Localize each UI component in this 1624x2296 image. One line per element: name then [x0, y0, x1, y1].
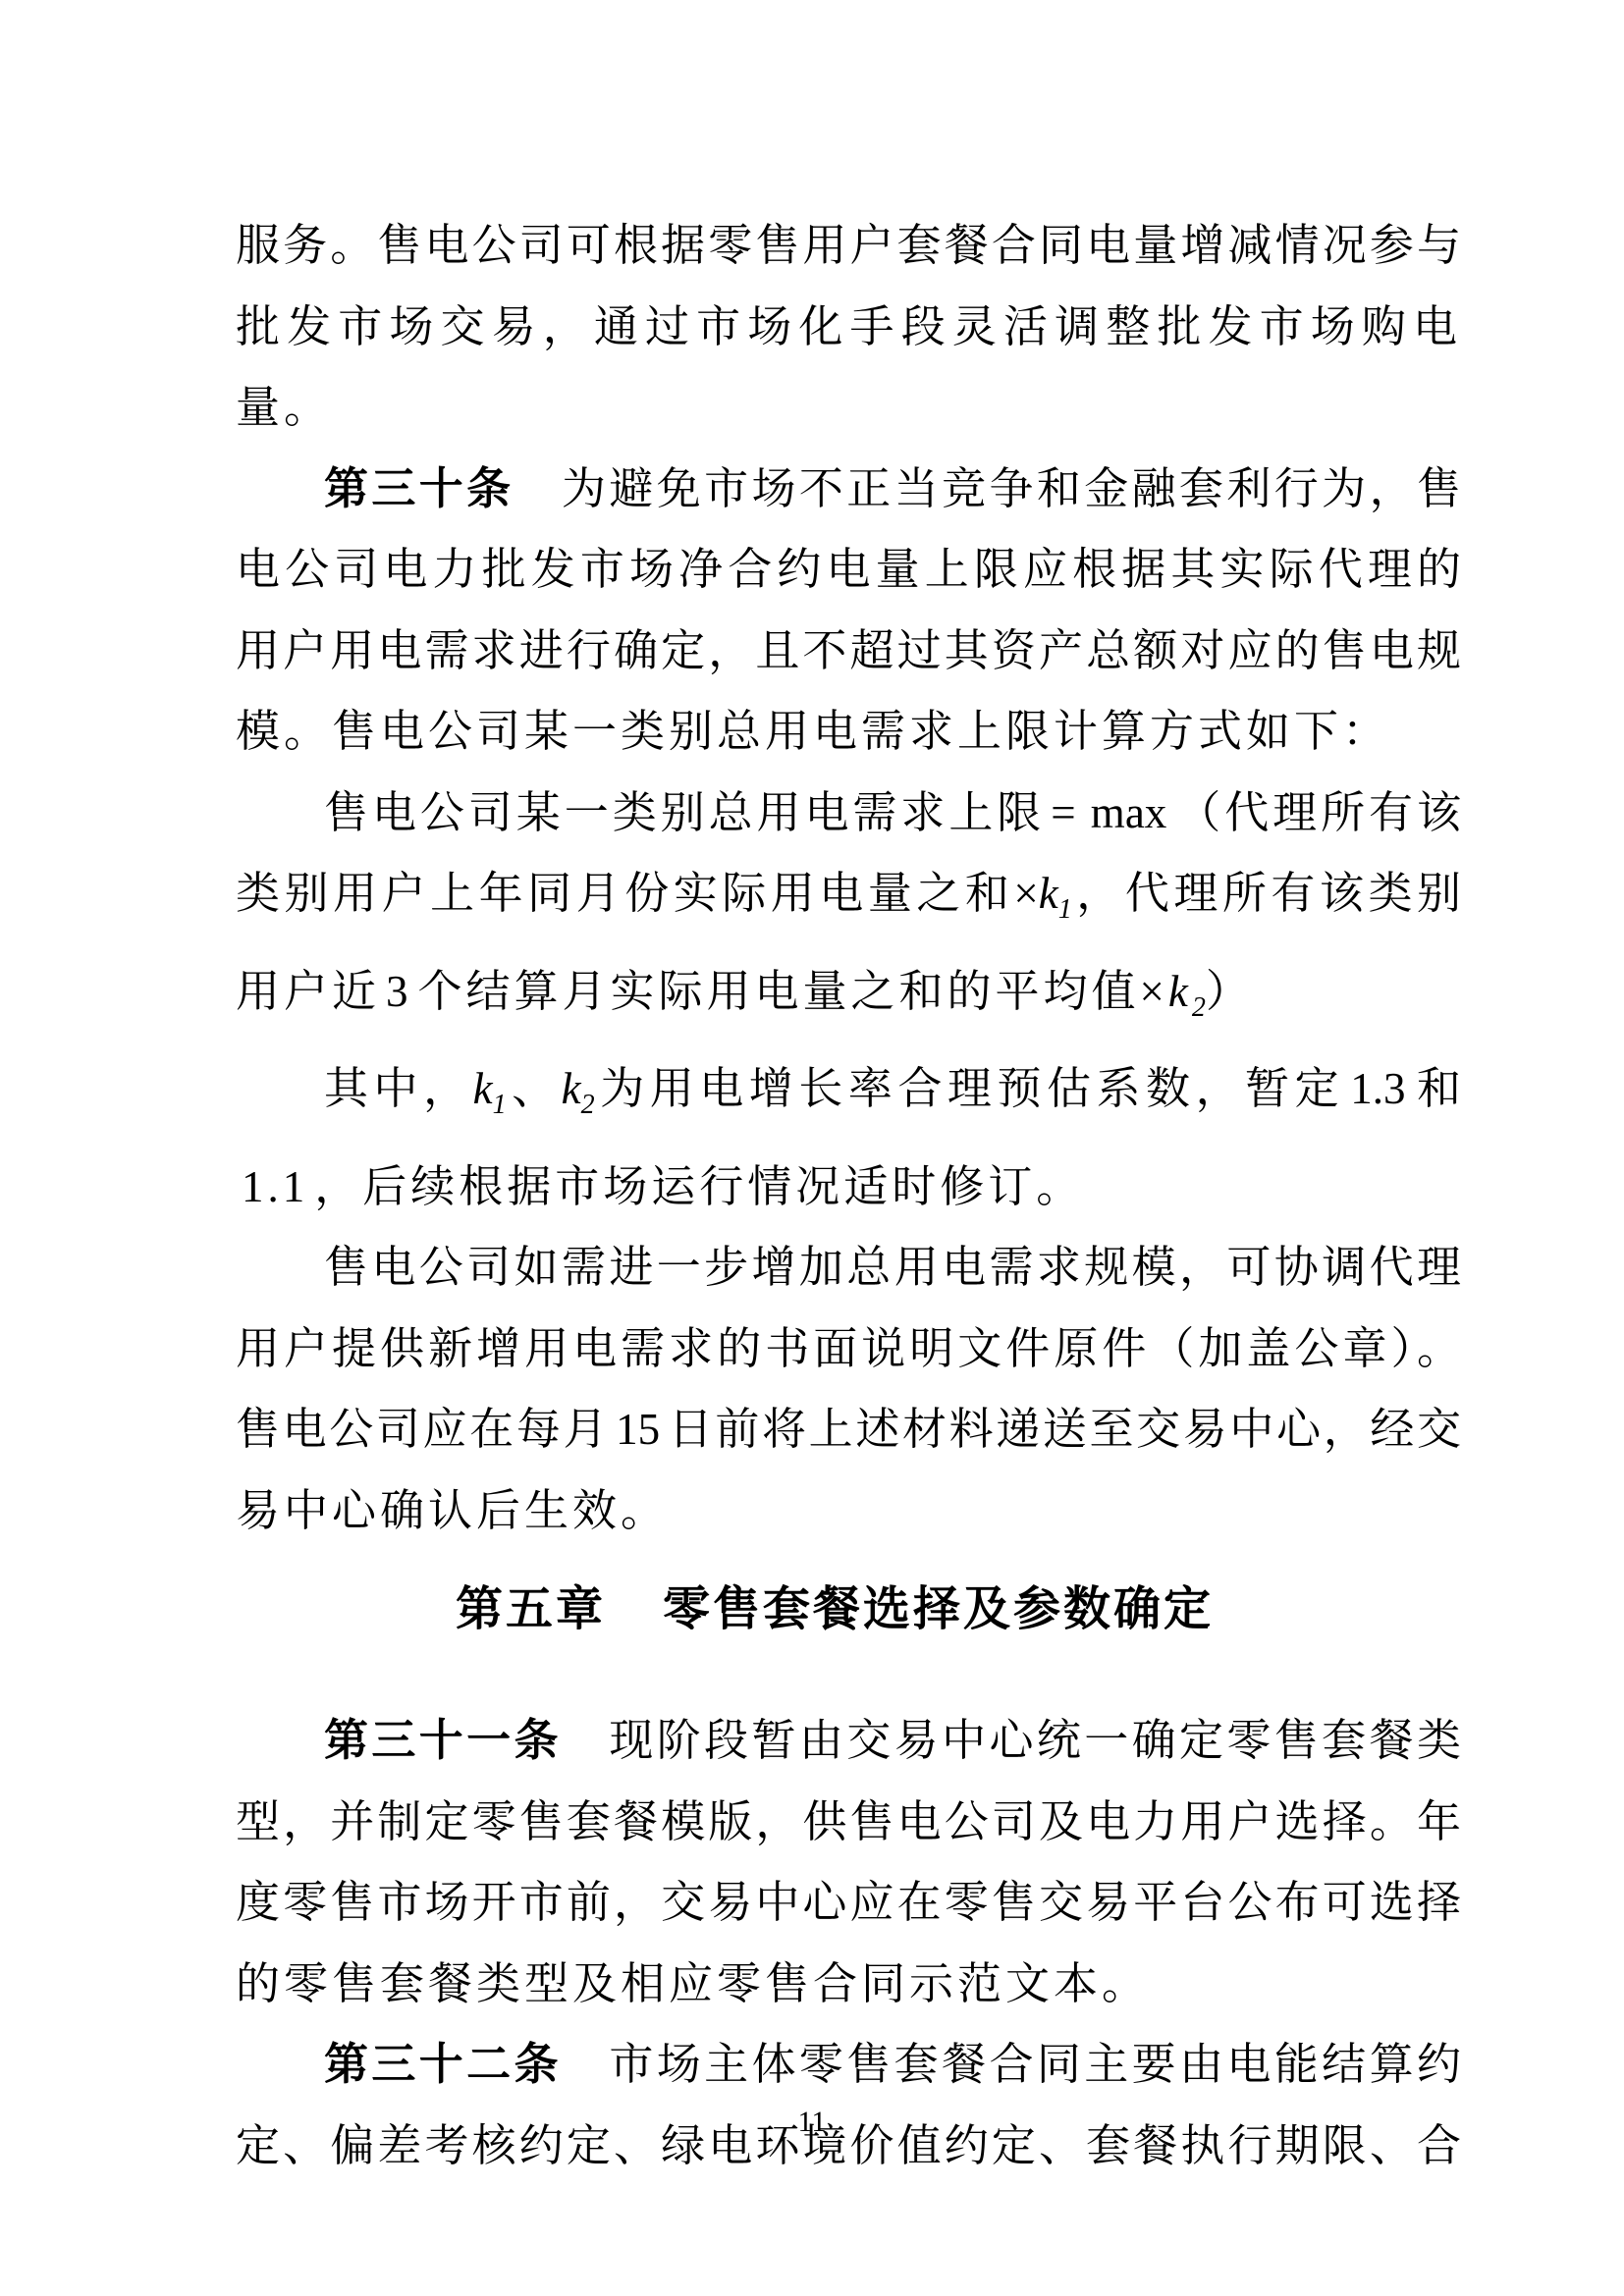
document-body: 服务。售电公司可根据零售用户套餐合同电量增减情况参与批发市场交易，通过市场化手段…: [236, 205, 1461, 2186]
text-line: 售电公司应在每月15日前将上述材料递送至交易中心，经交: [236, 1389, 1461, 1470]
text-segment: k: [562, 1064, 581, 1113]
text-segment: [562, 2040, 609, 2089]
text-segment: ，后续根据市场运行情况适时修订。: [314, 1162, 1084, 1211]
text-segment: 类别用户上年同月份实际用电量之和×: [236, 869, 1039, 918]
text-line: 第三十条 为避免市场不正当竞争和金融套利行为，售: [236, 449, 1461, 530]
text-line: 售电公司某一类别总用电需求上限= max（代理所有该: [236, 773, 1461, 854]
chapter-number: 第五章: [456, 1583, 606, 1635]
text-segment: 现阶段暂由交易中心统一确定零售套餐类: [609, 1716, 1461, 1765]
text-line: 售电公司如需进一步增加总用电需求规模，可协调代理: [236, 1227, 1461, 1308]
text-segment: 个结算月实际用电量之和的平均值×: [418, 967, 1168, 1016]
text-segment: 1: [1058, 894, 1072, 925]
text-segment: = max: [1051, 788, 1166, 837]
text-segment: k: [1039, 869, 1058, 918]
text-segment: 批发市场交易，通过市场化手段灵活调整批发市场购电量。: [236, 302, 1461, 433]
paragraph: 第三十一条 现阶段暂由交易中心统一确定零售套餐类型，并制定零售套餐模版，供售电公…: [236, 1700, 1461, 2024]
text-line: 度零售市场开市前，交易中心应在零售交易平台公布可选择: [236, 1862, 1461, 1944]
text-line: 用户用电需求进行确定，且不超过其资产总额对应的售电规: [236, 611, 1461, 692]
paragraph: 售电公司某一类别总用电需求上限= max（代理所有该类别用户上年同月份实际用电量…: [236, 773, 1461, 1049]
text-segment: ，代理所有该类别: [1072, 869, 1461, 918]
text-segment: 用户近: [236, 967, 380, 1016]
text-segment: 2: [581, 1090, 595, 1120]
text-segment: （代理所有该: [1172, 788, 1461, 837]
text-line: 其中，k1、k2为用电增长率合理预估系数，暂定1.3和: [236, 1048, 1461, 1147]
text-line: 用户提供新增用电需求的书面说明文件原件（加盖公章）。: [236, 1308, 1461, 1390]
text-segment: 模。售电公司某一类别总用电需求上限计算方式如下：: [236, 707, 1390, 756]
text-segment: 售电公司如需进一步增加总用电需求规模，可协调代理: [324, 1243, 1461, 1292]
text-segment: 日前将上述材料递送至交易中心，经交: [666, 1405, 1461, 1454]
text-line: 电公司电力批发市场净合约电量上限应根据其实际代理的: [236, 529, 1461, 611]
text-segment: 第三十条: [324, 464, 514, 513]
text-segment: ）: [1206, 967, 1254, 1016]
text-line: 类别用户上年同月份实际用电量之和×k1，代理所有该类别: [236, 853, 1461, 951]
text-segment: 市场主体零售套餐合同主要由电能结算约: [609, 2040, 1461, 2089]
text-line: 1.1，后续根据市场运行情况适时修订。: [236, 1147, 1461, 1228]
text-segment: 1.3: [1350, 1064, 1405, 1113]
text-segment: [562, 1716, 609, 1765]
text-segment: 其中，: [324, 1064, 473, 1113]
text-segment: 1.1: [242, 1162, 308, 1211]
text-segment: k: [473, 1064, 493, 1113]
text-segment: 第三十二条: [324, 2040, 562, 2089]
paragraph: 第三十条 为避免市场不正当竞争和金融套利行为，售电公司电力批发市场净合约电量上限…: [236, 449, 1461, 773]
text-segment: 服务。售电公司可根据零售用户套餐合同电量增减情况参与: [236, 221, 1461, 270]
page-footer: 11: [0, 2105, 1624, 2140]
text-segment: 的零售套餐类型及相应零售合同示范文本。: [236, 1959, 1150, 2008]
text-segment: 为用电增长率合理预估系数，暂定: [595, 1064, 1345, 1113]
text-segment: 、: [507, 1064, 562, 1113]
text-segment: 用户用电需求进行确定，且不超过其资产总额对应的售电规: [236, 626, 1461, 675]
text-segment: [514, 464, 562, 513]
text-segment: 售电公司某一类别总用电需求上限: [324, 788, 1045, 837]
text-segment: 易中心确认后生效。: [236, 1486, 669, 1535]
text-line: 第三十二条 市场主体零售套餐合同主要由电能结算约: [236, 2024, 1461, 2106]
text-segment: 售电公司应在每月: [236, 1405, 610, 1454]
text-segment: 第三十一条: [324, 1716, 562, 1765]
text-line: 型，并制定零售套餐模版，供售电公司及电力用户选择。年: [236, 1782, 1461, 1863]
text-line: 用户近3个结算月实际用电量之和的平均值×k2）: [236, 951, 1461, 1049]
text-segment: 用户提供新增用电需求的书面说明文件原件（加盖公章）。: [236, 1324, 1461, 1373]
text-line: 批发市场交易，通过市场化手段灵活调整批发市场购电量。: [236, 287, 1461, 449]
paragraph: 其中，k1、k2为用电增长率合理预估系数，暂定1.3和1.1，后续根据市场运行情…: [236, 1048, 1461, 1227]
paragraph: 服务。售电公司可根据零售用户套餐合同电量增减情况参与批发市场交易，通过市场化手段…: [236, 205, 1461, 449]
page-number: 11: [798, 2106, 827, 2138]
paragraph: 售电公司如需进一步增加总用电需求规模，可协调代理用户提供新增用电需求的书面说明文…: [236, 1227, 1461, 1551]
text-segment: 度零售市场开市前，交易中心应在零售交易平台公布可选择: [236, 1878, 1461, 1927]
document-page: 服务。售电公司可根据零售用户套餐合同电量增减情况参与批发市场交易，通过市场化手段…: [0, 0, 1624, 2296]
text-segment: k: [1168, 967, 1192, 1016]
text-line: 易中心确认后生效。: [236, 1470, 1461, 1552]
text-segment: 15: [616, 1405, 660, 1454]
text-segment: 2: [1192, 992, 1206, 1023]
chapter-heading: 第五章零售套餐选择及参数确定: [208, 1559, 1461, 1661]
text-segment: 3: [386, 967, 412, 1016]
text-segment: 电公司电力批发市场净合约电量上限应根据其实际代理的: [236, 545, 1461, 594]
text-line: 服务。售电公司可根据零售用户套餐合同电量增减情况参与: [236, 205, 1461, 287]
text-segment: 1: [493, 1090, 507, 1120]
text-line: 模。售电公司某一类别总用电需求上限计算方式如下：: [236, 691, 1461, 773]
chapter-title: 零售套餐选择及参数确定: [663, 1583, 1214, 1635]
text-segment: 型，并制定零售套餐模版，供售电公司及电力用户选择。年: [236, 1797, 1461, 1846]
text-segment: 和: [1411, 1064, 1461, 1113]
text-line: 的零售套餐类型及相应零售合同示范文本。: [236, 1944, 1461, 2025]
text-segment: 为避免市场不正当竞争和金融套利行为，售: [562, 464, 1461, 513]
text-line: 第三十一条 现阶段暂由交易中心统一确定零售套餐类: [236, 1700, 1461, 1782]
